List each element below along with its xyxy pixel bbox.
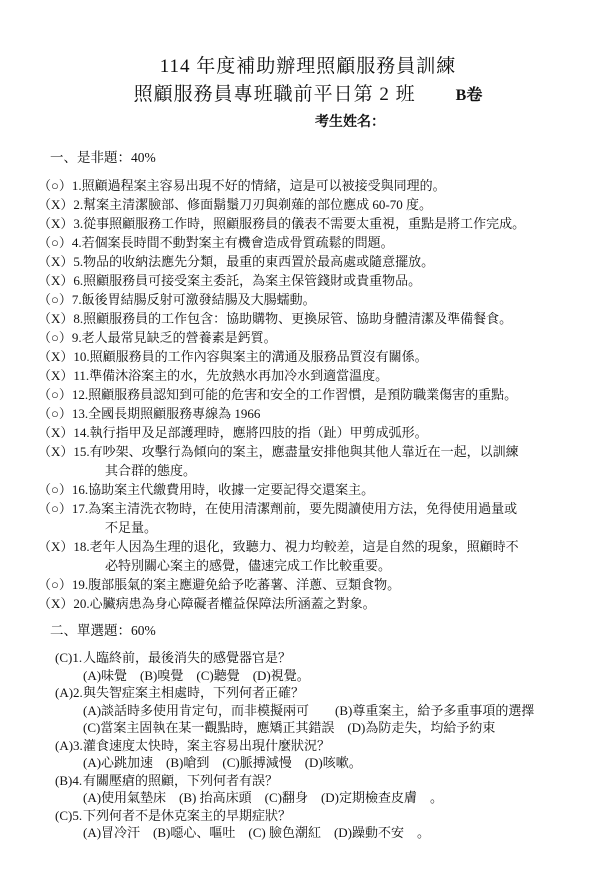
- answer-and-number: (B)4.: [55, 772, 83, 807]
- section1-heading: 一、是非題：40%: [50, 149, 616, 167]
- question-number: 7.: [72, 292, 82, 307]
- question-text: 幫案主清潔臉部、修面鬍鬚刀刃與剃薙的部位應成 60-70 度。: [83, 197, 432, 212]
- question-text: 老人最常見缺乏的營養素是鈣質。: [82, 330, 277, 345]
- answer-mark: （○）: [38, 292, 72, 307]
- question-number: 19.: [72, 577, 88, 592]
- true-false-item: （X）10.照顧服務員的工作內容與案主的溝通及服務品質沒有關係。: [38, 347, 616, 366]
- question-number: 12.: [72, 387, 88, 402]
- question-number: 5.: [73, 254, 83, 269]
- answer-mark: （○）: [38, 235, 72, 250]
- true-false-item: （○）19.腹部脹氣的案主應避免給予吃蕃薯、洋蔥、豆類食物。: [38, 575, 616, 594]
- answer-and-number: (A)2.: [55, 684, 83, 737]
- multiple-choice-item: (C)1. 人臨終前，最後消失的感覺器官是？ (A)味覺 (B)嗅覺 (C)聽覺…: [55, 649, 616, 684]
- question-text: 下列何者不是休克案主的早期症狀？: [83, 807, 616, 825]
- question-text: 老年人因為生理的退化，致聽力、視力均較差，這是自然的現象，照顧時不 必特別關心案…: [90, 539, 519, 573]
- true-false-item: （○）7.飯後胃結腸反射可激發結腸及大腸蠕動。: [38, 290, 616, 309]
- question-text: 為案主清洗衣物時，在使用清潔劑前，要先閱讀使用方法，免得使用過量或 不足量。: [88, 501, 517, 535]
- options-line-1: (A)使用氣墊床 (B) 抬高床頭 (C)翻身 (D)定期檢查皮膚 。: [83, 789, 616, 807]
- question-text: 協助案主代繳費用時，收據一定要記得交還案主。: [88, 482, 374, 497]
- answer-and-number: (C)5.: [55, 807, 83, 842]
- question-text: 有吵架、攻擊行為傾向的案主，應盡量安排他與其他人靠近在一起，以訓練 其合群的態度…: [90, 444, 519, 478]
- question-text: 照顧服務員可接受案主委託，為案主保管錢財或貴重物品。: [83, 273, 421, 288]
- answer-mark: （X）: [38, 539, 73, 554]
- candidate-name-label: 考生姓名：: [42, 113, 616, 133]
- question-body: 與失智症案主相處時，下列何者正確？ (A)談話時多使用肯定句，而非模擬兩可 (B…: [83, 684, 616, 737]
- true-false-item: （X）6.照顧服務員可接受案主委託，為案主保管錢財或貴重物品。: [38, 271, 616, 290]
- question-text: 照顧過程案主容易出現不好的情緒，這是可以被接受與同理的。: [82, 178, 446, 193]
- question-text: 灌食速度太快時，案主容易出現什麼狀況？: [83, 737, 616, 755]
- exam-header: 114 年度補助辦理照顧服務員訓練 照顧服務員專班職前平日第 2 班 B卷 考生…: [0, 0, 616, 133]
- question-number: 20.: [73, 596, 89, 611]
- true-false-item: （X）5.物品的收納法應先分類，最重的東西置於最高處或隨意擺放。: [38, 252, 616, 271]
- true-false-item: （X）14.執行指甲及足部護理時，應將四肢的指（趾）甲剪成弧形。: [38, 423, 616, 442]
- true-false-section: 一、是非題：40% （○）1.照顧過程案主容易出現不好的情緒，這是可以被接受與同…: [0, 149, 616, 613]
- true-false-item: （X）2.幫案主清潔臉部、修面鬍鬚刀刃與剃薙的部位應成 60-70 度。: [38, 195, 616, 214]
- answer-mark: （X）: [38, 444, 73, 459]
- question-number: 18.: [73, 539, 89, 554]
- question-text: 執行指甲及足部護理時，應將四肢的指（趾）甲剪成弧形。: [90, 425, 428, 440]
- answer-and-number: (C)1.: [55, 649, 83, 684]
- multiple-choice-section: 二、單選題：60% (C)1. 人臨終前，最後消失的感覺器官是？ (A)味覺 (…: [0, 622, 616, 842]
- question-text: 全國長期照顧服務專線為 1966: [88, 406, 260, 421]
- true-false-item: （○）12.照顧服務員認知到可能的危害和安全的工作習慣，是預防職業傷害的重點。: [38, 385, 616, 404]
- answer-mark: （○）: [38, 482, 72, 497]
- options-line-1: (A)談話時多使用肯定句，而非模擬兩可 (B)尊重案主，給予多重事項的選擇: [83, 702, 616, 720]
- answer-mark: （X）: [38, 273, 73, 288]
- answer-mark: （X）: [38, 368, 73, 383]
- answer-mark: （○）: [38, 387, 72, 402]
- true-false-item: （○）9.老人最常見缺乏的營養素是鈣質。: [38, 328, 616, 347]
- options-line-1: (A)味覺 (B)嗅覺 (C)聽覺 (D)視覺。: [83, 667, 616, 685]
- answer-mark: （○）: [38, 501, 72, 516]
- question-number: 6.: [73, 273, 83, 288]
- true-false-item: （X）8.照顧服務員的工作包含：協助購物、更換尿管、協助身體清潔及準備餐食。: [38, 309, 616, 328]
- true-false-list: （○）1.照顧過程案主容易出現不好的情緒，這是可以被接受與同理的。 （X）2.幫…: [38, 176, 616, 613]
- question-number: 1.: [72, 178, 82, 193]
- true-false-item: （X）18.老年人因為生理的退化，致聽力、視力均較差，這是自然的現象，照顧時不 …: [38, 537, 616, 575]
- question-number: 15.: [73, 444, 89, 459]
- question-number: 2.: [73, 197, 83, 212]
- true-false-item: （X）20.心臟病患為身心障礙者權益保障法所涵蓋之對象。: [38, 594, 616, 613]
- question-number: 10.: [73, 349, 89, 364]
- answer-mark: （X）: [38, 349, 73, 364]
- question-text: 心臟病患為身心障礙者權益保障法所涵蓋之對象。: [90, 596, 376, 611]
- true-false-item: （○）4.若個案長時間不動對案主有機會造成骨質疏鬆的問題。: [38, 233, 616, 252]
- question-body: 下列何者不是休克案主的早期症狀？ (A)冒冷汗 (B)噁心、嘔吐 (C) 臉色潮…: [83, 807, 616, 842]
- true-false-item: （X）11.準備沐浴案主的水，先放熱水再加冷水到適當溫度。: [38, 366, 616, 385]
- question-text: 若個案長時間不動對案主有機會造成骨質疏鬆的問題。: [82, 235, 394, 250]
- exam-paper: 114 年度補助辦理照顧服務員訓練 照顧服務員專班職前平日第 2 班 B卷 考生…: [0, 0, 616, 871]
- question-text: 與失智症案主相處時，下列何者正確？: [83, 684, 616, 702]
- question-number: 16.: [72, 482, 88, 497]
- answer-mark: （X）: [38, 197, 73, 212]
- question-text: 飯後胃結腸反射可激發結腸及大腸蠕動。: [82, 292, 316, 307]
- question-number: 8.: [73, 311, 83, 326]
- page-title: 114 年度補助辦理照顧服務員訓練: [0, 54, 616, 80]
- true-false-item: （○）1.照顧過程案主容易出現不好的情緒，這是可以被接受與同理的。: [38, 176, 616, 195]
- true-false-item: （X）3.從事照顧服務工作時，照顧服務員的儀表不需要太重視，重點是將工作完成。: [38, 214, 616, 233]
- multiple-choice-item: (B)4. 有關壓瘡的照顧，下列何者有誤？ (A)使用氣墊床 (B) 抬高床頭 …: [55, 772, 616, 807]
- question-body: 灌食速度太快時，案主容易出現什麼狀況？ (A)心跳加速 (B)嗆到 (C)脈搏減…: [83, 737, 616, 772]
- question-number: 14.: [73, 425, 89, 440]
- question-number: 13.: [72, 406, 88, 421]
- question-text: 從事照顧服務工作時，照顧服務員的儀表不需要太重視，重點是將工作完成。: [83, 216, 525, 231]
- multiple-choice-item: (A)3. 灌食速度太快時，案主容易出現什麼狀況？ (A)心跳加速 (B)嗆到 …: [55, 737, 616, 772]
- answer-mark: （○）: [38, 330, 72, 345]
- question-body: 有關壓瘡的照顧，下列何者有誤？ (A)使用氣墊床 (B) 抬高床頭 (C)翻身 …: [83, 772, 616, 807]
- question-text: 照顧服務員的工作內容與案主的溝通及服務品質沒有關係。: [90, 349, 428, 364]
- question-text: 照顧服務員的工作包含：協助購物、更換尿管、協助身體清潔及準備餐食。: [83, 311, 512, 326]
- question-text: 準備沐浴案主的水，先放熱水再加冷水到適當溫度。: [89, 368, 388, 383]
- section2-heading: 二、單選題：60%: [50, 622, 616, 640]
- options-line-1: (A)心跳加速 (B)嗆到 (C)脈搏減慢 (D)咳嗽。: [83, 754, 616, 772]
- options-line-2: (C)當案主固執在某一觀點時，應矯正其錯誤 (D)為防走失，均給予約束: [83, 719, 616, 737]
- multiple-choice-list: (C)1. 人臨終前，最後消失的感覺器官是？ (A)味覺 (B)嗅覺 (C)聽覺…: [55, 649, 616, 842]
- question-text: 照顧服務員認知到可能的危害和安全的工作習慣，是預防職業傷害的重點。: [88, 387, 517, 402]
- multiple-choice-item: (C)5. 下列何者不是休克案主的早期症狀？ (A)冒冷汗 (B)噁心、嘔吐 (…: [55, 807, 616, 842]
- answer-mark: （○）: [38, 178, 72, 193]
- multiple-choice-item: (A)2. 與失智症案主相處時，下列何者正確？ (A)談話時多使用肯定句，而非模…: [55, 684, 616, 737]
- answer-mark: （○）: [38, 577, 72, 592]
- answer-mark: （X）: [38, 311, 73, 326]
- question-text: 人臨終前，最後消失的感覺器官是？: [83, 649, 616, 667]
- answer-mark: （X）: [38, 216, 73, 231]
- question-text: 腹部脹氣的案主應避免給予吃蕃薯、洋蔥、豆類食物。: [88, 577, 400, 592]
- true-false-item: （X）15.有吵架、攻擊行為傾向的案主，應盡量安排他與其他人靠近在一起，以訓練 …: [38, 442, 616, 480]
- exam-version-badge: B卷: [456, 87, 483, 104]
- options-line-1: (A)冒冷汗 (B)噁心、嘔吐 (C) 臉色潮紅 (D)躁動不安 。: [83, 824, 616, 842]
- answer-mark: （X）: [38, 596, 73, 611]
- answer-and-number: (A)3.: [55, 737, 83, 772]
- true-false-item: （○）13.全國長期照顧服務專線為 1966: [38, 404, 616, 423]
- question-number: 3.: [73, 216, 83, 231]
- question-number: 11.: [73, 368, 89, 383]
- question-number: 17.: [72, 501, 88, 516]
- question-text: 物品的收納法應先分類，最重的東西置於最高處或隨意擺放。: [83, 254, 434, 269]
- question-body: 人臨終前，最後消失的感覺器官是？ (A)味覺 (B)嗅覺 (C)聽覺 (D)視覺…: [83, 649, 616, 684]
- question-text: 有關壓瘡的照顧，下列何者有誤？: [83, 772, 616, 790]
- answer-mark: （X）: [38, 254, 73, 269]
- answer-mark: （X）: [38, 425, 73, 440]
- question-number: 4.: [72, 235, 82, 250]
- exam-subtitle-text: 照顧服務員專班職前平日第 2 班: [134, 84, 416, 105]
- true-false-item: （○）17.為案主清洗衣物時，在使用清潔劑前，要先閱讀使用方法，免得使用過量或 …: [38, 499, 616, 537]
- question-number: 9.: [72, 330, 82, 345]
- answer-mark: （○）: [38, 406, 72, 421]
- exam-subtitle: 照顧服務員專班職前平日第 2 班 B卷: [0, 82, 616, 109]
- true-false-item: （○）16.協助案主代繳費用時，收據一定要記得交還案主。: [38, 480, 616, 499]
